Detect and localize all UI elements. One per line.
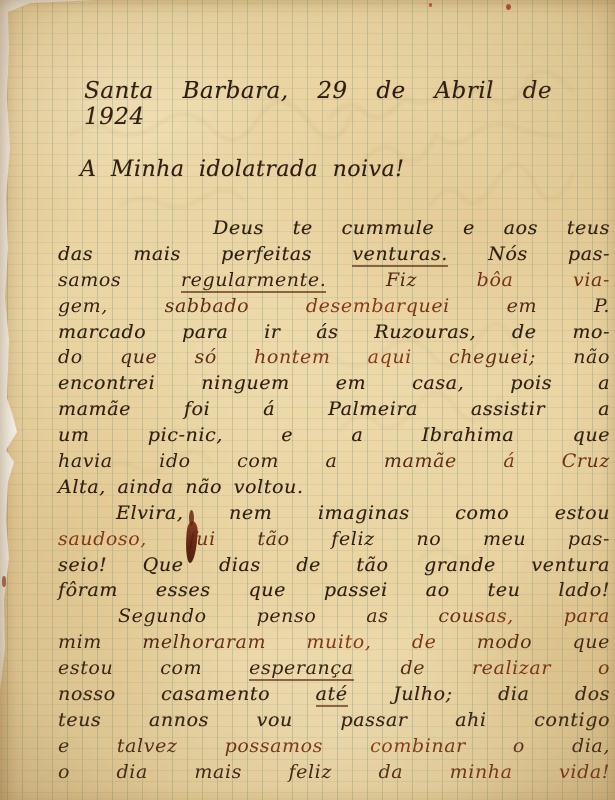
red-speck bbox=[506, 4, 511, 10]
letter-line: teus annos vou passar ahi contigo bbox=[58, 708, 610, 734]
letter-line: mim melhoraram muito, de modo que bbox=[58, 630, 610, 656]
letter-body: Deus te cummule e aos teusdas mais perfe… bbox=[58, 216, 610, 786]
letter-line: um pic-nic, e a Ibrahima que bbox=[58, 423, 610, 449]
letter-line: marcado para ir ás Ruzouras, de mo- bbox=[58, 320, 610, 346]
dateline: Santa Barbara, 29 de Abril de 1924 bbox=[84, 78, 552, 130]
letter-line: fôram esses que passei ao teu lado! bbox=[58, 578, 610, 604]
ink-stain-tail bbox=[189, 510, 194, 526]
scanned-letter-page: { "document_type": "handwritten-letter-s… bbox=[0, 0, 615, 800]
letter-line: Alta, ainda não voltou. bbox=[58, 475, 610, 501]
letter-line: Deus te cummule e aos teus bbox=[58, 216, 610, 242]
letter-line: e talvez possamos combinar o dia, bbox=[58, 734, 610, 760]
letter-line: Segundo penso as cousas, para bbox=[58, 604, 610, 630]
letter-line: samos regularmente. Fiz bôa via- bbox=[58, 268, 610, 294]
letter-content: Santa Barbara, 29 de Abril de 1924 A Min… bbox=[0, 0, 615, 800]
letter-line: nosso casamento até Julho; dia dos bbox=[58, 682, 610, 708]
letter-line: Elvira, nem imaginas como estou bbox=[58, 501, 610, 527]
letter-line: seio! Que dias de tão grande ventura bbox=[58, 553, 610, 579]
letter-line: gem, sabbado desembarquei em P. bbox=[58, 294, 610, 320]
red-speck bbox=[2, 576, 6, 587]
letter-line: das mais perfeitas venturas. Nós pas- bbox=[58, 242, 610, 268]
letter-line: do que só hontem aqui cheguei; não bbox=[58, 345, 610, 371]
letter-line: encontrei ninguem em casa, pois a bbox=[58, 371, 610, 397]
salutation: A Minha idolatrada noiva! bbox=[80, 157, 404, 182]
letter-line: estou com esperança de realizar o bbox=[58, 656, 610, 682]
letter-line: o dia mais feliz da minha vida! bbox=[58, 760, 610, 786]
red-speck bbox=[429, 3, 432, 7]
letter-line: mamãe foi á Palmeira assistir a bbox=[58, 397, 610, 423]
letter-line: saudoso, fui tão feliz no meu pas- bbox=[58, 527, 610, 553]
letter-line: havia ido com a mamãe á Cruz bbox=[58, 449, 610, 475]
